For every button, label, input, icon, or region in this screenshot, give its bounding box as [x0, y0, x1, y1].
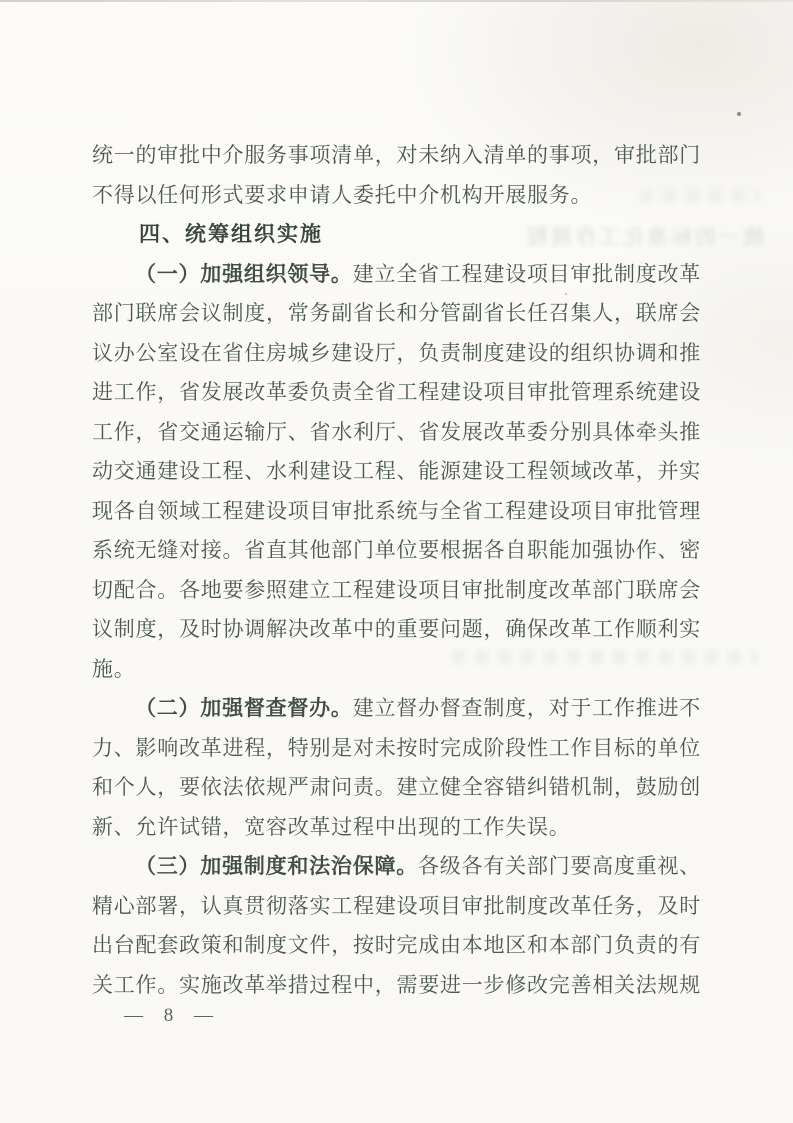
paragraph: （一）加强组织领导。建立全省工程建设项目审批制度改革部门联席会议制度，常务副省长…: [92, 255, 701, 690]
section-heading: 四、统筹组织实施: [92, 215, 701, 255]
scan-edge-artifact: [0, 0, 793, 2]
document-body: 统一的审批中介服务事项清单，对未纳入清单的事项，审批部门不得以任何形式要求申请人…: [92, 136, 701, 1005]
paragraph-lead: （三）加强制度和法治保障。: [135, 854, 418, 878]
paragraph: （二）加强督查督办。建立督办督查制度，对于工作推进不力、影响改革进程，特别是对未…: [92, 689, 701, 847]
scanned-document-page: 统一的标准化工作规程 统一的审批中介服务事项清单，对未纳入清单的事项，审批部门不…: [0, 0, 793, 1123]
paragraph: 统一的审批中介服务事项清单，对未纳入清单的事项，审批部门不得以任何形式要求申请人…: [92, 136, 701, 215]
page-number: — 8 —: [124, 1005, 218, 1027]
paragraph-lead: （二）加强督查督办。: [135, 696, 353, 720]
paragraph: （三）加强制度和法治保障。各级各有关部门要高度重视、精心部署，认真贯彻落实工程建…: [92, 847, 701, 1005]
scan-speck-artifact: [737, 112, 741, 116]
paragraph-lead: （一）加强组织领导。: [135, 262, 353, 286]
